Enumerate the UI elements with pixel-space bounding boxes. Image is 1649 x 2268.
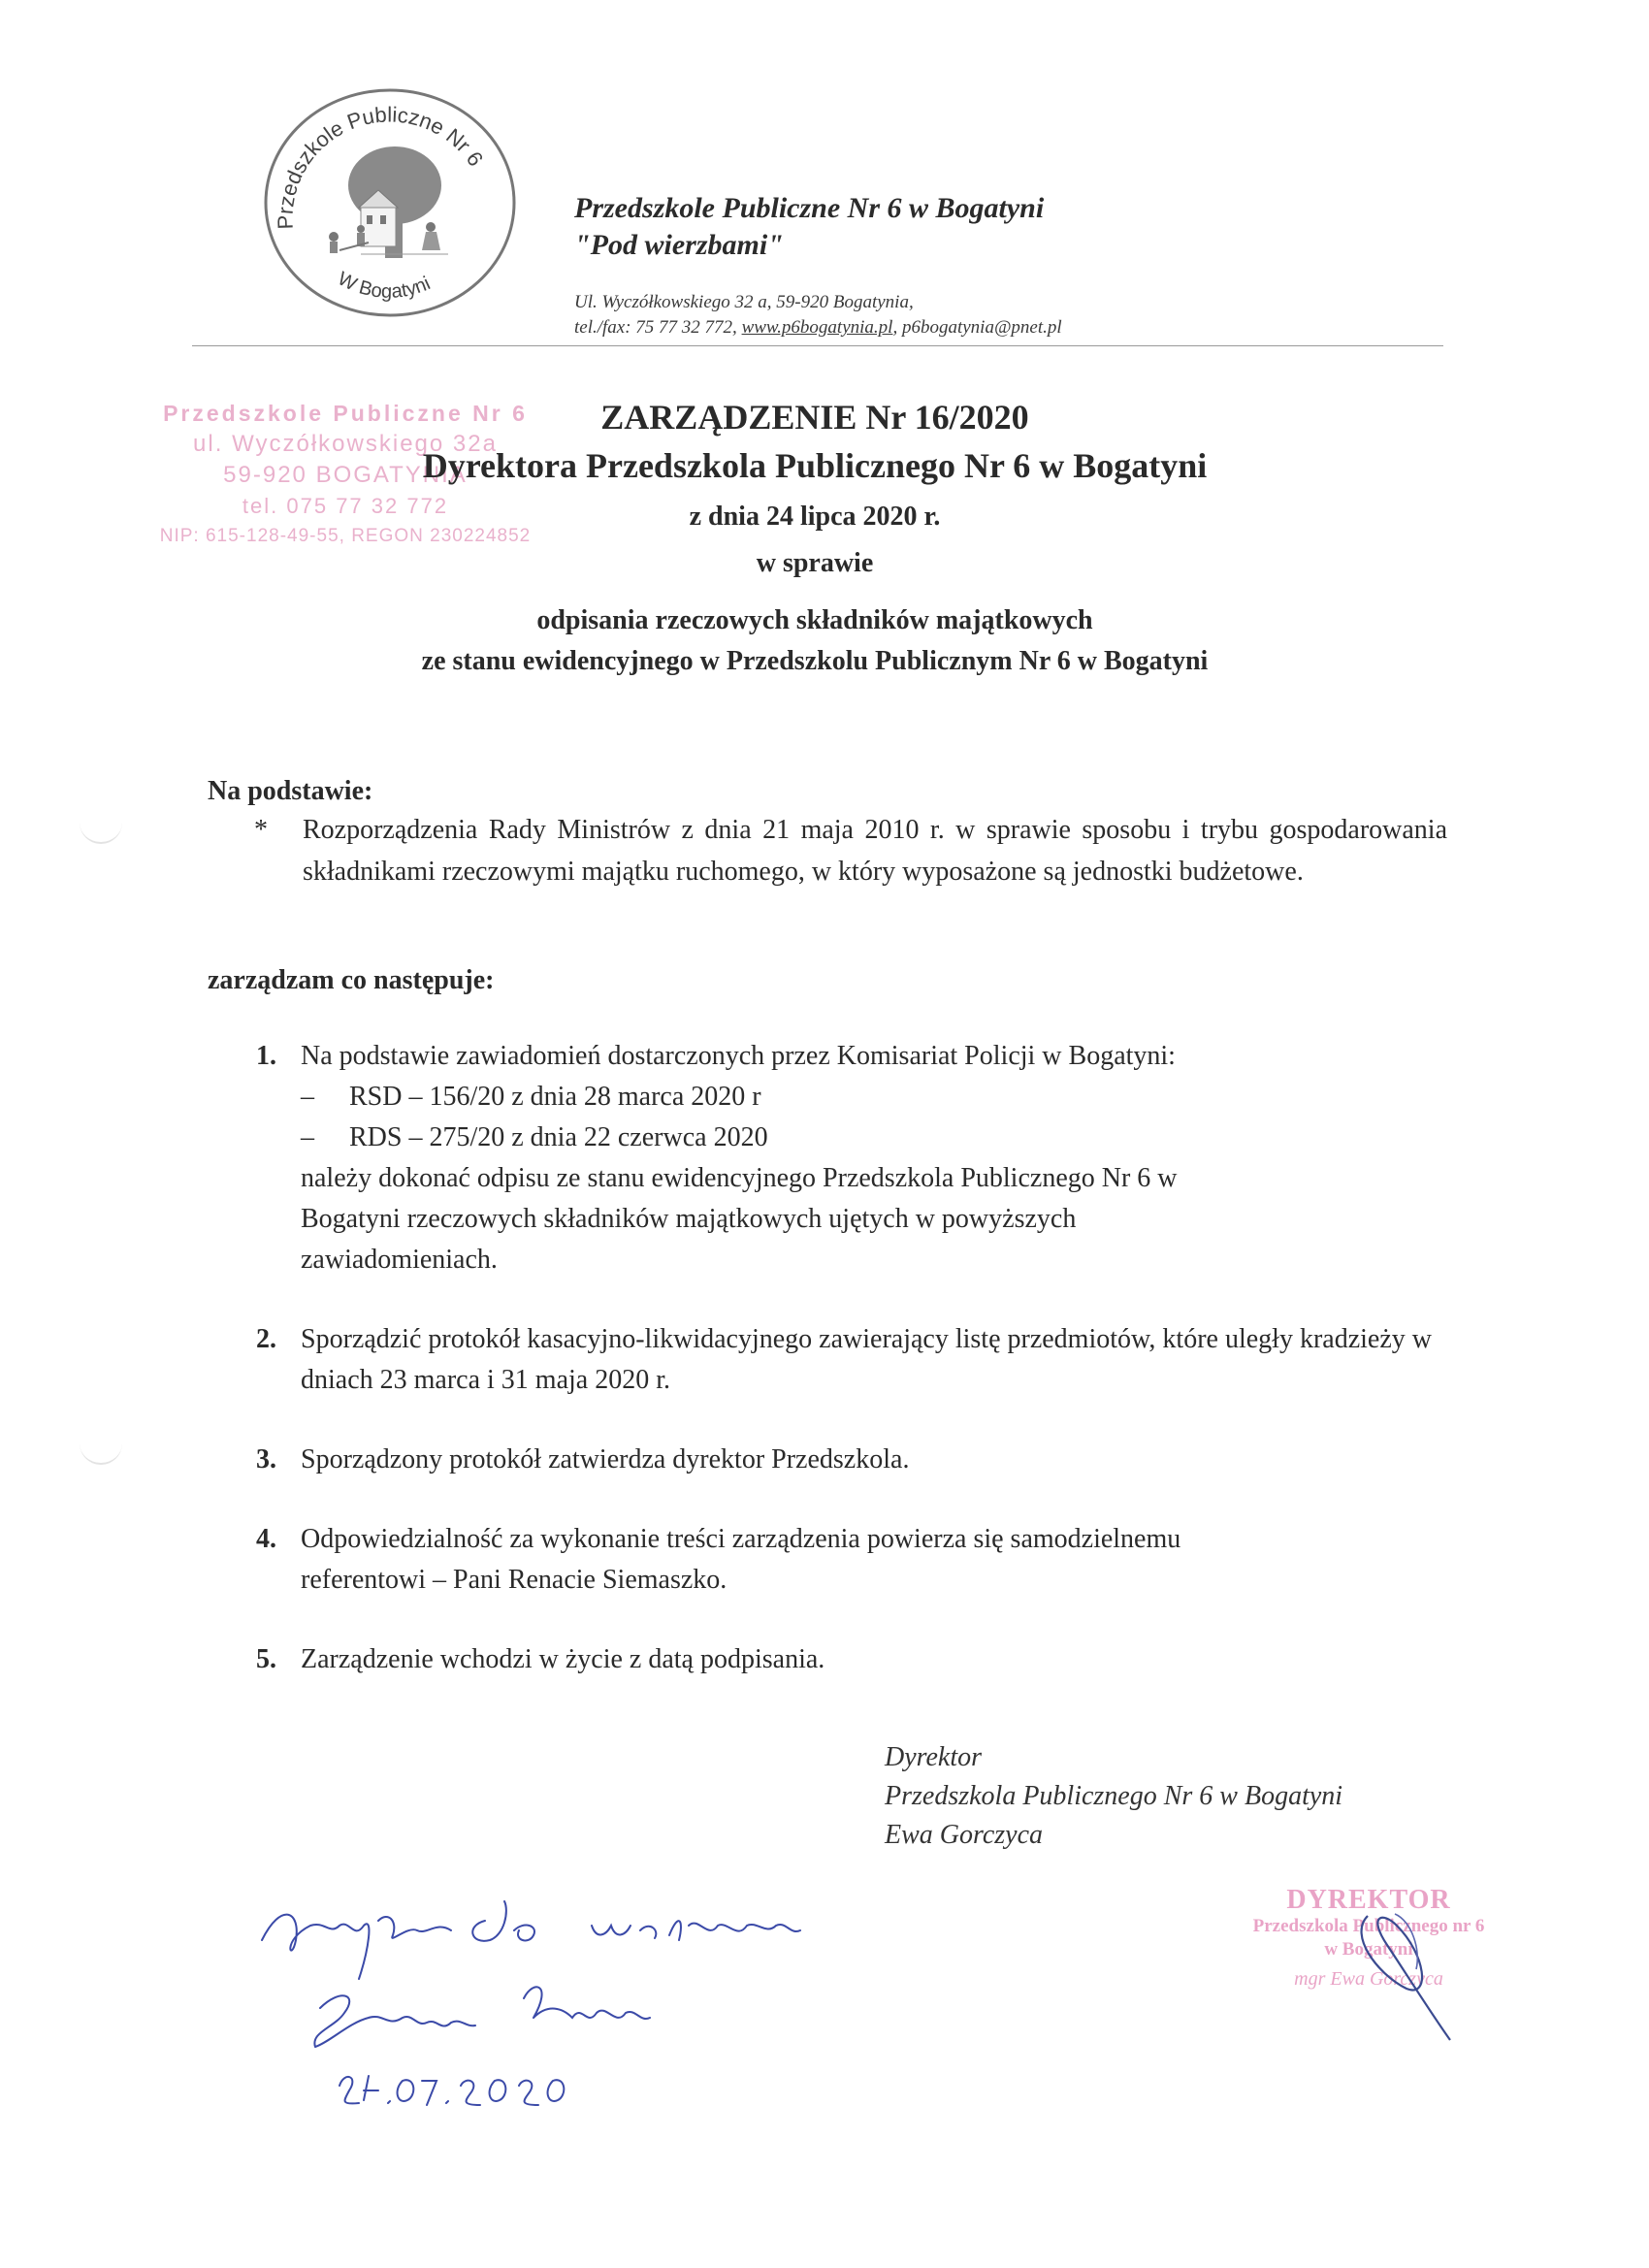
letterhead-divider — [192, 345, 1443, 346]
document-subject-line1: odpisania rzeczowych składników majątkow… — [330, 600, 1300, 641]
director-signature-scribble-icon — [1339, 1896, 1465, 2042]
document-subject-line2: ze stanu ewidencyjnego w Przedszkolu Pub… — [330, 641, 1300, 682]
handwritten-date: 24.07.2020 — [242, 1882, 247, 1883]
order-heading: zarządzam co następuje: — [208, 965, 494, 996]
order-item-4: 4. Odpowiedzialność za wykonanie treści … — [256, 1519, 1459, 1601]
item-number: 1. — [256, 1036, 276, 1077]
basis-heading: Na podstawie: — [208, 776, 372, 807]
dash-icon: – — [301, 1118, 314, 1158]
bullet-asterisk-icon: * — [254, 809, 293, 851]
letterhead-subtitle: "Pod wierzbami" — [574, 227, 784, 264]
sub-item: –RDS – 275/20 z dnia 22 czerwca 2020 — [301, 1118, 1459, 1158]
document-in-matter: w sprawie — [330, 540, 1300, 587]
letterhead-phone: tel./fax: 75 77 32 772, — [574, 317, 742, 338]
order-item-2: 2. Sporządzić protokół kasacyjno-likwida… — [256, 1319, 1459, 1401]
punch-hole-mark — [80, 1434, 122, 1465]
punch-hole-mark — [80, 813, 122, 844]
letterhead-contact: tel./fax: 75 77 32 772, www.p6bogatynia.… — [574, 316, 1062, 340]
basis-item: * Rozporządzenia Rady Ministrów z dnia 2… — [254, 809, 1447, 892]
signature-block: Dyrektor Przedszkola Publicznego Nr 6 w … — [885, 1738, 1342, 1855]
item-text: Sporządzić protokół kasacyjno-likwidacyj… — [301, 1319, 1465, 1401]
signature-role: Dyrektor — [885, 1738, 1342, 1777]
signature-name: Ewa Gorczyca — [885, 1816, 1342, 1855]
item-number: 5. — [256, 1639, 276, 1680]
document-issuer: Dyrektora Przedszkola Publicznego Nr 6 w… — [330, 441, 1300, 490]
tree-house-children-icon: Przedszkole Publiczne Nr 6 W Bogatyni — [254, 83, 526, 322]
dash-icon: – — [301, 1077, 314, 1118]
letterhead-website-link[interactable]: www.p6bogatynia.pl — [742, 317, 893, 338]
item-text: Odpowiedzialność za wykonanie treści zar… — [301, 1519, 1271, 1601]
order-item-1: 1. Na podstawie zawiadomień dostarczonyc… — [256, 1036, 1459, 1280]
handwritten-acknowledgment: Przyjęłam do wiadomości Siemaszko Renata… — [242, 1882, 921, 2134]
item-number: 3. — [256, 1440, 276, 1480]
document-title-block: ZARZĄDZENIE Nr 16/2020 Dyrektora Przedsz… — [330, 393, 1300, 682]
handwritten-line1: Przyjęłam do wiadomości — [242, 1882, 253, 1883]
item-text: Sporządzony protokół zatwierdza dyrektor… — [301, 1440, 1459, 1480]
order-item-5: 5. Zarządzenie wchodzi w życie z datą po… — [256, 1639, 1459, 1680]
sub-item: –RSD – 156/20 z dnia 28 marca 2020 r — [301, 1077, 1459, 1118]
svg-text:W Bogatyni: W Bogatyni — [334, 268, 434, 303]
signature-institution: Przedszkola Publicznego Nr 6 w Bogatyni — [885, 1777, 1342, 1816]
item-number: 4. — [256, 1519, 276, 1560]
document-date: z dnia 24 lipca 2020 r. — [330, 494, 1300, 540]
letterhead-address: Ul. Wyczółkowskiego 32 a, 59-920 Bogatyn… — [574, 291, 914, 314]
letterhead-school-name: Przedszkole Publiczne Nr 6 w Bogatyni — [574, 190, 1044, 227]
basis-item-text: Rozporządzenia Rady Ministrów z dnia 21 … — [303, 809, 1447, 892]
document-title: ZARZĄDZENIE Nr 16/2020 — [330, 393, 1300, 441]
item-text: Zarządzenie wchodzi w życie z datą podpi… — [301, 1639, 1459, 1680]
item-text: Na podstawie zawiadomień dostarczonych p… — [301, 1036, 1459, 1077]
sub-item-text: RSD – 156/20 z dnia 28 marca 2020 r — [349, 1082, 761, 1112]
logo-ring-bottom: W Bogatyni — [334, 268, 434, 303]
sub-item-text: RDS – 275/20 z dnia 22 czerwca 2020 — [349, 1122, 768, 1152]
order-item-3: 3. Sporządzony protokół zatwierdza dyrek… — [256, 1440, 1459, 1480]
order-items-list: 1. Na podstawie zawiadomień dostarczonyc… — [256, 1036, 1459, 1680]
item-number: 2. — [256, 1319, 276, 1360]
item-continuation: należy dokonać odpisu ze stanu ewidencyj… — [301, 1158, 1232, 1280]
school-logo-seal: Przedszkole Publiczne Nr 6 W Bogatyni — [254, 83, 526, 322]
letterhead-email: , p6bogatynia@pnet.pl — [892, 317, 1061, 338]
handwritten-line2: Siemaszko Renata — [242, 1882, 250, 1883]
